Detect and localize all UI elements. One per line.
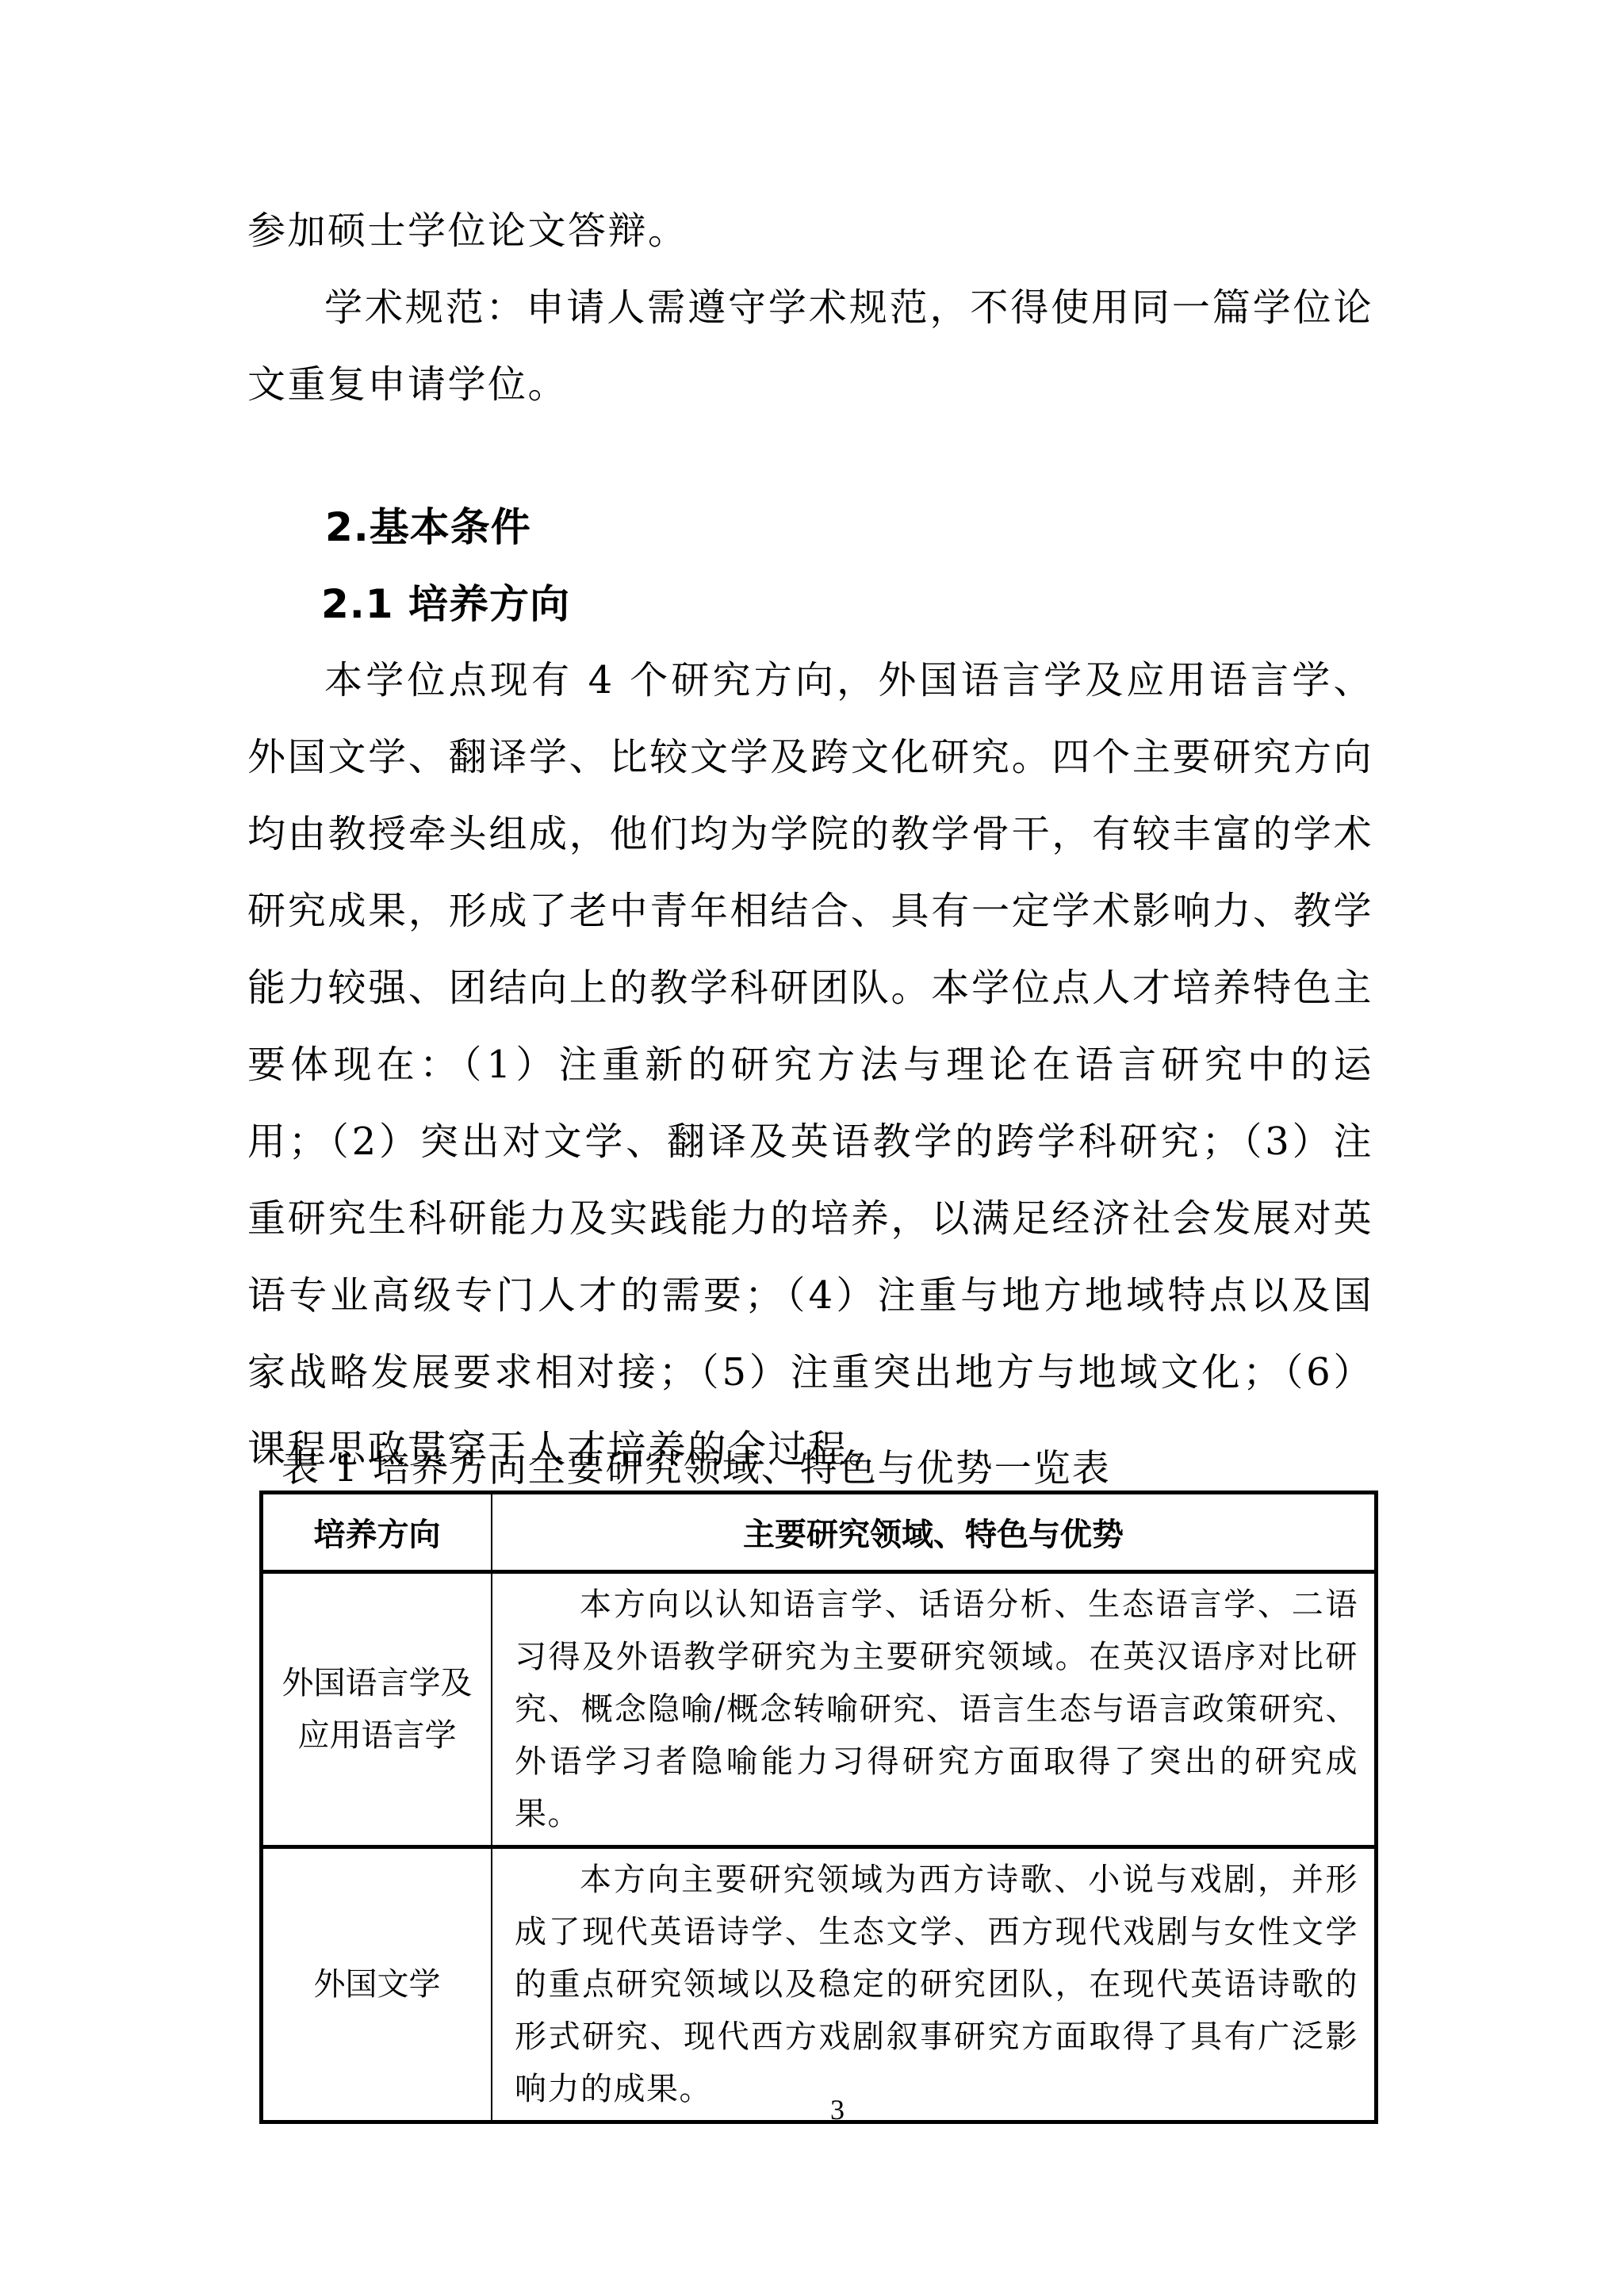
table-row: 外国文学 本方向主要研究领域为西方诗歌、小说与戏剧，并形成了现代英语诗学、生态文…: [262, 1847, 1377, 2122]
section-heading: 2.基本条件: [325, 496, 531, 553]
intro-text: 参加硕士学位论文答辩。 学术规范：申请人需遵守学术规范，不得使用同一篇学位论文重…: [247, 193, 1373, 423]
description-text: 本方向以认知语言学、话语分析、生态语言学、二语习得及外语教学研究为主要研究领域。…: [515, 1578, 1358, 1840]
header-research-areas: 主要研究领域、特色与优势: [492, 1493, 1377, 1572]
body-text: 本学位点现有 4 个研究方向，外国语言学及应用语言学、外国文学、翻译学、比较文学…: [247, 642, 1373, 1488]
paragraph-academic-norms: 学术规范：申请人需遵守学术规范，不得使用同一篇学位论文重复申请学位。: [247, 270, 1373, 423]
description-cell: 本方向主要研究领域为西方诗歌、小说与戏剧，并形成了现代英语诗学、生态文学、西方现…: [492, 1847, 1377, 2122]
direction-cell: 外国语言学及应用语言学: [262, 1572, 492, 1847]
page-number: 3: [25, 2093, 1624, 2126]
document-page: 参加硕士学位论文答辩。 学术规范：申请人需遵守学术规范，不得使用同一篇学位论文重…: [0, 0, 1624, 2296]
table-row: 外国语言学及应用语言学 本方向以认知语言学、话语分析、生态语言学、二语习得及外语…: [262, 1572, 1377, 1847]
table-caption: 表 1 培养方向主要研究领域、特色与优势一览表: [282, 1439, 1111, 1492]
paragraph-defense: 参加硕士学位论文答辩。: [247, 193, 1373, 270]
table-header-row: 培养方向 主要研究领域、特色与优势: [262, 1493, 1377, 1572]
subsection-heading: 2.1 培养方向: [321, 572, 570, 629]
direction-cell: 外国文学: [262, 1847, 492, 2122]
header-direction: 培养方向: [262, 1493, 492, 1572]
description-text: 本方向主要研究领域为西方诗歌、小说与戏剧，并形成了现代英语诗学、生态文学、西方现…: [515, 1854, 1358, 2115]
description-cell: 本方向以认知语言学、话语分析、生态语言学、二语习得及外语教学研究为主要研究领域。…: [492, 1572, 1377, 1847]
paragraph-training-directions: 本学位点现有 4 个研究方向，外国语言学及应用语言学、外国文学、翻译学、比较文学…: [247, 642, 1373, 1488]
research-directions-table: 培养方向 主要研究领域、特色与优势 外国语言学及应用语言学 本方向以认知语言学、…: [259, 1490, 1378, 2124]
